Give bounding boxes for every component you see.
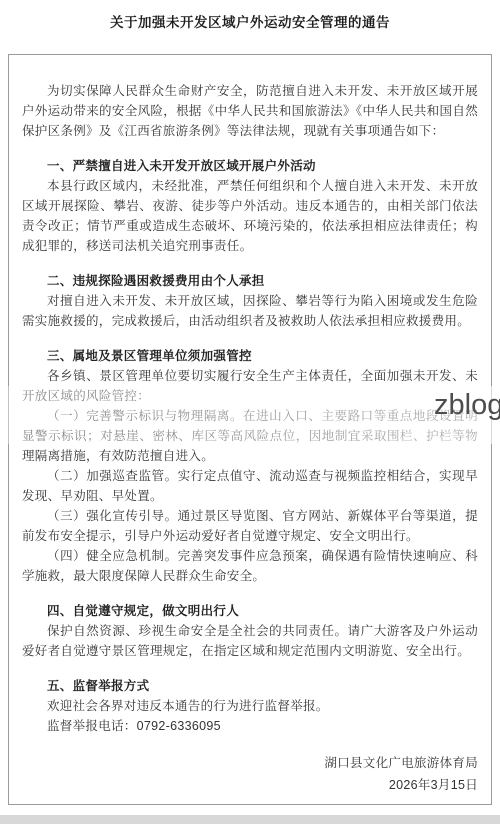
section-paragraph: （四）健全应急机制。完善突发事件应急预案，确保遇有险情快速响应、科学施救，最大限… [22,546,478,586]
section-paragraph: 对擅自进入未开发、未开放区域，因探险、攀岩等行为陷入困境或发生危险需实施救援的，… [22,291,478,331]
notice-sections: 一、严禁擅自进入未开发开放区域开展户外活动本县行政区域内，未经批准，严禁任何组织… [22,156,478,736]
section-paragraph: （二）加强巡查监管。实行定点值守、流动巡查与视频监控相结合，实现早发现、早劝阻、… [22,466,478,506]
section-paragraph: 本县行政区域内，未经批准，严禁任何组织和个人擅自进入未开发、未开放区域开展探险、… [22,176,478,256]
page-title: 关于加强未开发区域户外运动安全管理的通告 [0,0,500,31]
intro-paragraph: 为切实保障人民群众生命财产安全，防范擅自进入未开发、未开放区域开展户外运动带来的… [22,81,478,141]
section-paragraph: 欢迎社会各界对违反本通告的行为进行监督举报。 [22,696,478,716]
section-heading: 五、监督举报方式 [22,676,478,696]
section-heading: 四、自觉遵守规定，做文明出行人 [22,601,478,621]
section-paragraph: 监督举报电话：0792-6336095 [22,716,478,736]
section-heading: 三、属地及景区管理单位须加强管控 [22,346,478,366]
section-paragraph: 各乡镇、景区管理单位要切实履行安全生产主体责任，全面加强未开发、未开放区域的风险… [22,366,478,406]
notice-body-box: 为切实保障人民群众生命财产安全，防范擅自进入未开发、未开放区域开展户外运动带来的… [8,54,492,805]
issue-date: 2026年3月15日 [22,774,478,796]
signature-block: 湖口县文化广电旅游体育局 2026年3月15日 [22,752,478,796]
section-paragraph: 保护自然资源、珍视生命安全是全社会的共同责任。请广大游客及户外运动爱好者自觉遵守… [22,621,478,661]
section-paragraph: （一）完善警示标识与物理隔离。在进山入口、主要路口等重点地段设置明显警示标识；对… [22,406,478,466]
section-heading: 一、严禁擅自进入未开发开放区域开展户外活动 [22,156,478,176]
issuing-authority: 湖口县文化广电旅游体育局 [22,752,478,774]
section-heading: 二、违规探险遇困救援费用由个人承担 [22,271,478,291]
section-paragraph: （三）强化宣传引导。通过景区导览图、官方网站、新媒体平台等渠道，提前发布安全提示… [22,506,478,546]
bottom-background-strip [0,815,500,824]
notice-page: { "page": { "title": "关于加强未开发区域户外运动安全管理的… [0,0,500,824]
